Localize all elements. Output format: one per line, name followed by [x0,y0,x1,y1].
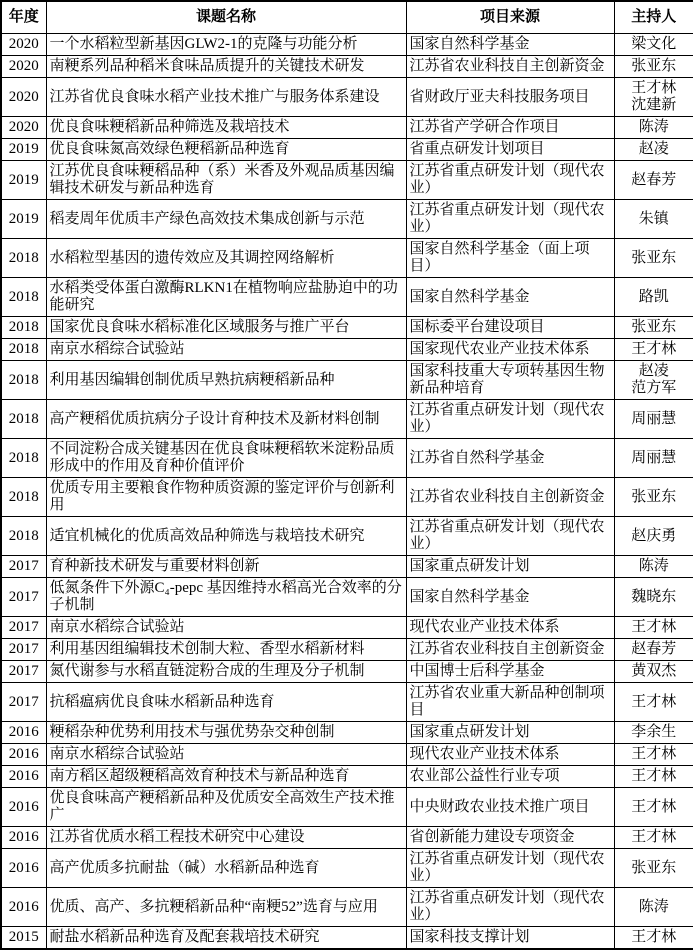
project-title-cell: 南京水稻综合试验站 [46,744,406,766]
principal-investigator-cell: 王才林 [614,766,693,788]
principal-investigator-cell: 赵庆勇 [614,517,693,556]
principal-investigator-cell: 陈涛 [614,888,693,927]
table-row: 2017 抗稻瘟病优良食味水稻新品种选育 江苏省农业重大新品种创制项目 王才林 [1,683,693,722]
year-cell: 2016 [1,827,46,849]
year-cell: 2016 [1,888,46,927]
principal-investigator-cell: 王才林 沈建新 [614,78,693,117]
year-cell: 2018 [1,239,46,278]
project-title-cell: 优质专用主要粮食作物种质资源的鉴定评价与创新利用 [46,478,406,517]
year-cell: 2017 [1,556,46,578]
project-title-cell: 优良食味氮高效绿色粳稻新品种选育 [46,139,406,161]
project-source-cell: 江苏省重点研发计划（现代农业） [406,517,614,556]
project-source-cell: 江苏省重点研发计划（现代农业） [406,161,614,200]
table-row: 2017 育种新技术研发与重要材料创新 国家重点研发计划 陈涛 [1,556,693,578]
year-cell: 2018 [1,339,46,361]
project-source-cell: 农业部公益性行业专项 [406,766,614,788]
table-row: 2017 低氮条件下外源C₄-pepc 基因维持水稻高光合效率的分子机制 国家自… [1,578,693,617]
research-projects-table: 年度 课题名称 项目来源 主持人 2020 一个水稻粒型新基因GLW2-1的克隆… [0,0,693,950]
year-cell: 2018 [1,278,46,317]
principal-investigator-cell: 周丽慧 [614,400,693,439]
table-row: 2019 江苏优良食味粳稻品种（系）米香及外观品质基因编辑技术研发与新品种选育 … [1,161,693,200]
year-cell: 2017 [1,661,46,683]
year-cell: 2015 [1,927,46,950]
year-cell: 2017 [1,683,46,722]
project-title-cell: 低氮条件下外源C₄-pepc 基因维持水稻高光合效率的分子机制 [46,578,406,617]
principal-investigator-cell: 王才林 [614,617,693,639]
project-title-cell: 国家优良食味水稻标准化区域服务与推广平台 [46,317,406,339]
year-cell: 2018 [1,478,46,517]
project-source-cell: 国家科技支撑计划 [406,927,614,950]
year-cell: 2016 [1,766,46,788]
project-title-cell: 南方稻区超级粳稻高效育种技术与新品种选育 [46,766,406,788]
table-row: 2018 高产粳稻优质抗病分子设计育种技术及新材料创制 江苏省重点研发计划（现代… [1,400,693,439]
principal-investigator-cell: 李余生 [614,722,693,744]
year-cell: 2017 [1,617,46,639]
project-source-cell: 现代农业产业技术体系 [406,617,614,639]
year-cell: 2016 [1,849,46,888]
year-cell: 2018 [1,361,46,400]
project-title-cell: 南粳系列品种稻米食味品质提升的关键技术研发 [46,56,406,78]
table-row: 2018 国家优良食味水稻标准化区域服务与推广平台 国标委平台建设项目 张亚东 [1,317,693,339]
project-source-cell: 国家重点研发计划 [406,722,614,744]
project-source-cell: 江苏省重点研发计划（现代农业） [406,888,614,927]
year-cell: 2016 [1,722,46,744]
header-year: 年度 [1,1,46,34]
project-source-cell: 省重点研发计划项目 [406,139,614,161]
year-cell: 2020 [1,117,46,139]
year-cell: 2020 [1,56,46,78]
principal-investigator-cell: 黄双杰 [614,661,693,683]
principal-investigator-cell: 王才林 [614,744,693,766]
project-source-cell: 国家自然科学基金（面上项目） [406,239,614,278]
project-title-cell: 江苏省优良食味水稻产业技术推广与服务体系建设 [46,78,406,117]
project-title-cell: 优质、高产、多抗粳稻新品种“南粳52”选育与应用 [46,888,406,927]
project-title-cell: 一个水稻粒型新基因GLW2-1的克隆与功能分析 [46,34,406,56]
table-row: 2016 江苏省优质水稻工程技术研究中心建设 省创新能力建设专项资金 王才林 [1,827,693,849]
table-row: 2016 优良食味高产粳稻新品种及优质安全高效生产技术推广 中央财政农业技术推广… [1,788,693,827]
year-cell: 2019 [1,139,46,161]
principal-investigator-cell: 张亚东 [614,478,693,517]
principal-investigator-cell: 陈涛 [614,117,693,139]
project-source-cell: 国家自然科学基金 [406,278,614,317]
table-row: 2016 粳稻杂种优势利用技术与强优势杂交种创制 国家重点研发计划 李余生 [1,722,693,744]
principal-investigator-cell: 赵春芳 [614,161,693,200]
table-row: 2017 南京水稻综合试验站 现代农业产业技术体系 王才林 [1,617,693,639]
table-row: 2019 优良食味氮高效绿色粳稻新品种选育 省重点研发计划项目 赵凌 [1,139,693,161]
project-source-cell: 现代农业产业技术体系 [406,744,614,766]
table-row: 2016 高产优质多抗耐盐（碱）水稻新品种选育 江苏省重点研发计划（现代农业） … [1,849,693,888]
year-cell: 2016 [1,788,46,827]
year-cell: 2020 [1,34,46,56]
project-title-cell: 利用基因编辑创制优质早熟抗病粳稻新品种 [46,361,406,400]
principal-investigator-cell: 梁文化 [614,34,693,56]
project-source-cell: 江苏省产学研合作项目 [406,117,614,139]
project-title-cell: 不同淀粉合成关键基因在优良食味粳稻软米淀粉品质形成中的作用及育种价值评价 [46,439,406,478]
year-cell: 2020 [1,78,46,117]
project-source-cell: 江苏省重点研发计划（现代农业） [406,200,614,239]
project-source-cell: 江苏省农业重大新品种创制项目 [406,683,614,722]
year-cell: 2017 [1,578,46,617]
project-title-cell: 优良食味高产粳稻新品种及优质安全高效生产技术推广 [46,788,406,827]
principal-investigator-cell: 王才林 [614,339,693,361]
header-principal-investigator: 主持人 [614,1,693,34]
table-row: 2016 南京水稻综合试验站 现代农业产业技术体系 王才林 [1,744,693,766]
header-project-title: 课题名称 [46,1,406,34]
principal-investigator-cell: 王才林 [614,927,693,950]
principal-investigator-cell: 陈涛 [614,556,693,578]
principal-investigator-cell: 朱镇 [614,200,693,239]
principal-investigator-cell: 路凯 [614,278,693,317]
principal-investigator-cell: 赵春芳 [614,639,693,661]
project-source-cell: 国家现代农业产业技术体系 [406,339,614,361]
year-cell: 2016 [1,744,46,766]
project-title-cell: 南京水稻综合试验站 [46,617,406,639]
project-title-cell: 育种新技术研发与重要材料创新 [46,556,406,578]
table-row: 2018 优质专用主要粮食作物种质资源的鉴定评价与创新利用 江苏省农业科技自主创… [1,478,693,517]
table-row: 2020 江苏省优良食味水稻产业技术推广与服务体系建设 省财政厅亚夫科技服务项目… [1,78,693,117]
project-source-cell: 国家自然科学基金 [406,34,614,56]
project-title-cell: 江苏优良食味粳稻品种（系）米香及外观品质基因编辑技术研发与新品种选育 [46,161,406,200]
year-cell: 2019 [1,161,46,200]
year-cell: 2018 [1,317,46,339]
project-title-cell: 耐盐水稻新品种选育及配套栽培技术研究 [46,927,406,950]
table-row: 2018 水稻类受体蛋白激酶RLKN1在植物响应盐胁迫中的功能研究 国家自然科学… [1,278,693,317]
principal-investigator-cell: 魏晓东 [614,578,693,617]
project-source-cell: 江苏省自然科学基金 [406,439,614,478]
project-source-cell: 江苏省农业科技自主创新资金 [406,478,614,517]
project-title-cell: 南京水稻综合试验站 [46,339,406,361]
table-row: 2016 南方稻区超级粳稻高效育种技术与新品种选育 农业部公益性行业专项 王才林 [1,766,693,788]
table-row: 2016 优质、高产、多抗粳稻新品种“南粳52”选育与应用 江苏省重点研发计划（… [1,888,693,927]
table-header: 年度 课题名称 项目来源 主持人 [1,1,693,34]
table-row: 2017 氮代谢参与水稻直链淀粉合成的生理及分子机制 中国博士后科学基金 黄双杰 [1,661,693,683]
header-row: 年度 课题名称 项目来源 主持人 [1,1,693,34]
project-source-cell: 省创新能力建设专项资金 [406,827,614,849]
table-row: 2018 水稻粒型基因的遗传效应及其调控网络解析 国家自然科学基金（面上项目） … [1,239,693,278]
table-row: 2018 南京水稻综合试验站 国家现代农业产业技术体系 王才林 [1,339,693,361]
principal-investigator-cell: 张亚东 [614,239,693,278]
project-title-cell: 优良食味粳稻新品种筛选及栽培技术 [46,117,406,139]
project-title-cell: 适宜机械化的优质高效品种筛选与栽培技术研究 [46,517,406,556]
year-cell: 2017 [1,639,46,661]
table-row: 2018 利用基因编辑创制优质早熟抗病粳稻新品种 国家科技重大专项转基因生物新品… [1,361,693,400]
project-source-cell: 国家科技重大专项转基因生物新品种培育 [406,361,614,400]
project-source-cell: 中央财政农业技术推广项目 [406,788,614,827]
year-cell: 2019 [1,200,46,239]
project-source-cell: 国家重点研发计划 [406,556,614,578]
principal-investigator-cell: 张亚东 [614,56,693,78]
project-source-cell: 国家自然科学基金 [406,578,614,617]
year-cell: 2018 [1,439,46,478]
project-source-cell: 中国博士后科学基金 [406,661,614,683]
project-title-cell: 稻麦周年优质丰产绿色高效技术集成创新与示范 [46,200,406,239]
project-source-cell: 江苏省重点研发计划（现代农业） [406,400,614,439]
table-row: 2018 不同淀粉合成关键基因在优良食味粳稻软米淀粉品质形成中的作用及育种价值评… [1,439,693,478]
principal-investigator-cell: 王才林 [614,827,693,849]
project-title-cell: 高产优质多抗耐盐（碱）水稻新品种选育 [46,849,406,888]
table-row: 2020 南粳系列品种稻米食味品质提升的关键技术研发 江苏省农业科技自主创新资金… [1,56,693,78]
year-cell: 2018 [1,400,46,439]
principal-investigator-cell: 王才林 [614,683,693,722]
project-title-cell: 利用基因组编辑技术创制大粒、香型水稻新材料 [46,639,406,661]
project-source-cell: 江苏省农业科技自主创新资金 [406,56,614,78]
year-cell: 2018 [1,517,46,556]
project-title-cell: 抗稻瘟病优良食味水稻新品种选育 [46,683,406,722]
principal-investigator-cell: 王才林 [614,788,693,827]
table-row: 2018 适宜机械化的优质高效品种筛选与栽培技术研究 江苏省重点研发计划（现代农… [1,517,693,556]
project-title-cell: 水稻类受体蛋白激酶RLKN1在植物响应盐胁迫中的功能研究 [46,278,406,317]
project-source-cell: 江苏省农业科技自主创新资金 [406,639,614,661]
table-row: 2015 耐盐水稻新品种选育及配套栽培技术研究 国家科技支撑计划 王才林 [1,927,693,950]
principal-investigator-cell: 张亚东 [614,849,693,888]
table-row: 2019 稻麦周年优质丰产绿色高效技术集成创新与示范 江苏省重点研发计划（现代农… [1,200,693,239]
principal-investigator-cell: 周丽慧 [614,439,693,478]
principal-investigator-cell: 张亚东 [614,317,693,339]
project-title-cell: 粳稻杂种优势利用技术与强优势杂交种创制 [46,722,406,744]
principal-investigator-cell: 赵凌 范方军 [614,361,693,400]
table-row: 2020 一个水稻粒型新基因GLW2-1的克隆与功能分析 国家自然科学基金 梁文… [1,34,693,56]
project-source-cell: 国标委平台建设项目 [406,317,614,339]
table-row: 2020 优良食味粳稻新品种筛选及栽培技术 江苏省产学研合作项目 陈涛 [1,117,693,139]
project-source-cell: 江苏省重点研发计划（现代农业） [406,849,614,888]
project-source-cell: 省财政厅亚夫科技服务项目 [406,78,614,117]
project-title-cell: 水稻粒型基因的遗传效应及其调控网络解析 [46,239,406,278]
project-title-cell: 高产粳稻优质抗病分子设计育种技术及新材料创制 [46,400,406,439]
project-title-cell: 江苏省优质水稻工程技术研究中心建设 [46,827,406,849]
project-title-cell: 氮代谢参与水稻直链淀粉合成的生理及分子机制 [46,661,406,683]
principal-investigator-cell: 赵凌 [614,139,693,161]
header-project-source: 项目来源 [406,1,614,34]
table-row: 2017 利用基因组编辑技术创制大粒、香型水稻新材料 江苏省农业科技自主创新资金… [1,639,693,661]
table-body: 2020 一个水稻粒型新基因GLW2-1的克隆与功能分析 国家自然科学基金 梁文… [1,34,693,950]
